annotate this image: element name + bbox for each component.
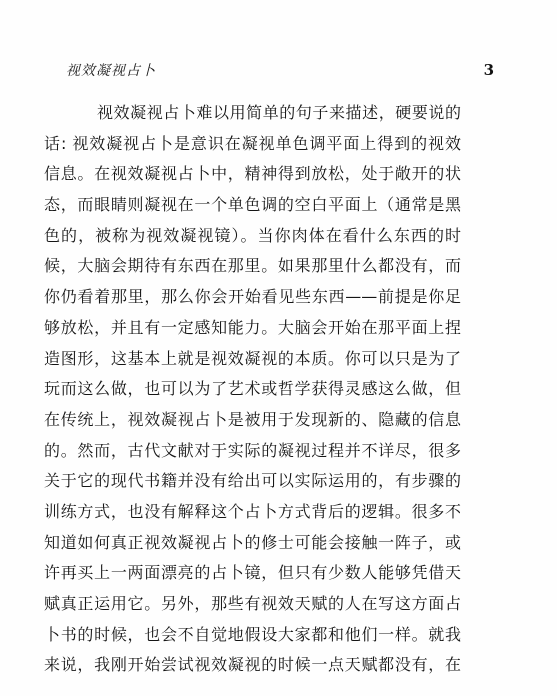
text-line: 造图形，这基本上就是视效凝视的本质。你可以只是为了 — [44, 344, 461, 375]
text-line: 赋真正运用它。另外，那些有视效天赋的人在写这方面占 — [44, 589, 461, 620]
text-line: 的。然而，古代文献对于实际的凝视过程并不详尽，很多 — [44, 436, 461, 467]
text-line: 关于它的现代书籍并没有给出可以实际运用的，有步骤的 — [44, 466, 461, 497]
running-header: 视效凝视占卜 3 — [66, 60, 494, 80]
text-line: 在传统上，视效凝视占卜是被用于发现新的、隐藏的信息 — [44, 405, 461, 436]
text-line: 视效凝视占卜难以用简单的句子来描述，硬要说的 — [44, 98, 461, 129]
text-line: 态，而眼睛则凝视在一个单色调的空白平面上（通常是黑 — [44, 190, 461, 221]
running-title: 视效凝视占卜 — [66, 60, 156, 80]
text-line: 训练方式，也没有解释这个占卜方式背后的逻辑。很多不 — [44, 497, 461, 528]
text-line: 卜书的时候，也会不自觉地假设大家都和他们一样。就我 — [44, 620, 461, 651]
text-line: 话: 视效凝视占卜是意识在凝视单色调平面上得到的视效 — [44, 129, 461, 160]
body-paragraph: 视效凝视占卜难以用简单的句子来描述，硬要说的 话: 视效凝视占卜是意识在凝视单色… — [44, 98, 461, 681]
text-line: 你仍看着那里，那么你会开始看见些东西——前提是你足 — [44, 282, 461, 313]
text-line: 来说，我刚开始尝试视效凝视的时候一点天赋都没有，在 — [44, 650, 461, 681]
text-line: 色的，被称为视效凝视镜）。当你肉体在看什么东西的时 — [44, 221, 461, 252]
book-page: 视效凝视占卜 3 视效凝视占卜难以用简单的句子来描述，硬要说的 话: 视效凝视占… — [0, 0, 557, 696]
text-line: 玩而这么做，也可以为了艺术或哲学获得灵感这么做，但 — [44, 374, 461, 405]
text-line: 许再买上一两面漂亮的占卜镜，但只有少数人能够凭借天 — [44, 558, 461, 589]
text-line: 候，大脑会期待有东西在那里。如果那里什么都没有，而 — [44, 251, 461, 282]
text-line: 知道如何真正视效凝视占卜的修士可能会接触一阵子，或 — [44, 528, 461, 559]
text-line: 信息。在视效凝视占卜中，精神得到放松，处于敞开的状 — [44, 159, 461, 190]
text-line: 够放松，并且有一定感知能力。大脑会开始在那平面上捏 — [44, 313, 461, 344]
page-number: 3 — [484, 61, 494, 79]
